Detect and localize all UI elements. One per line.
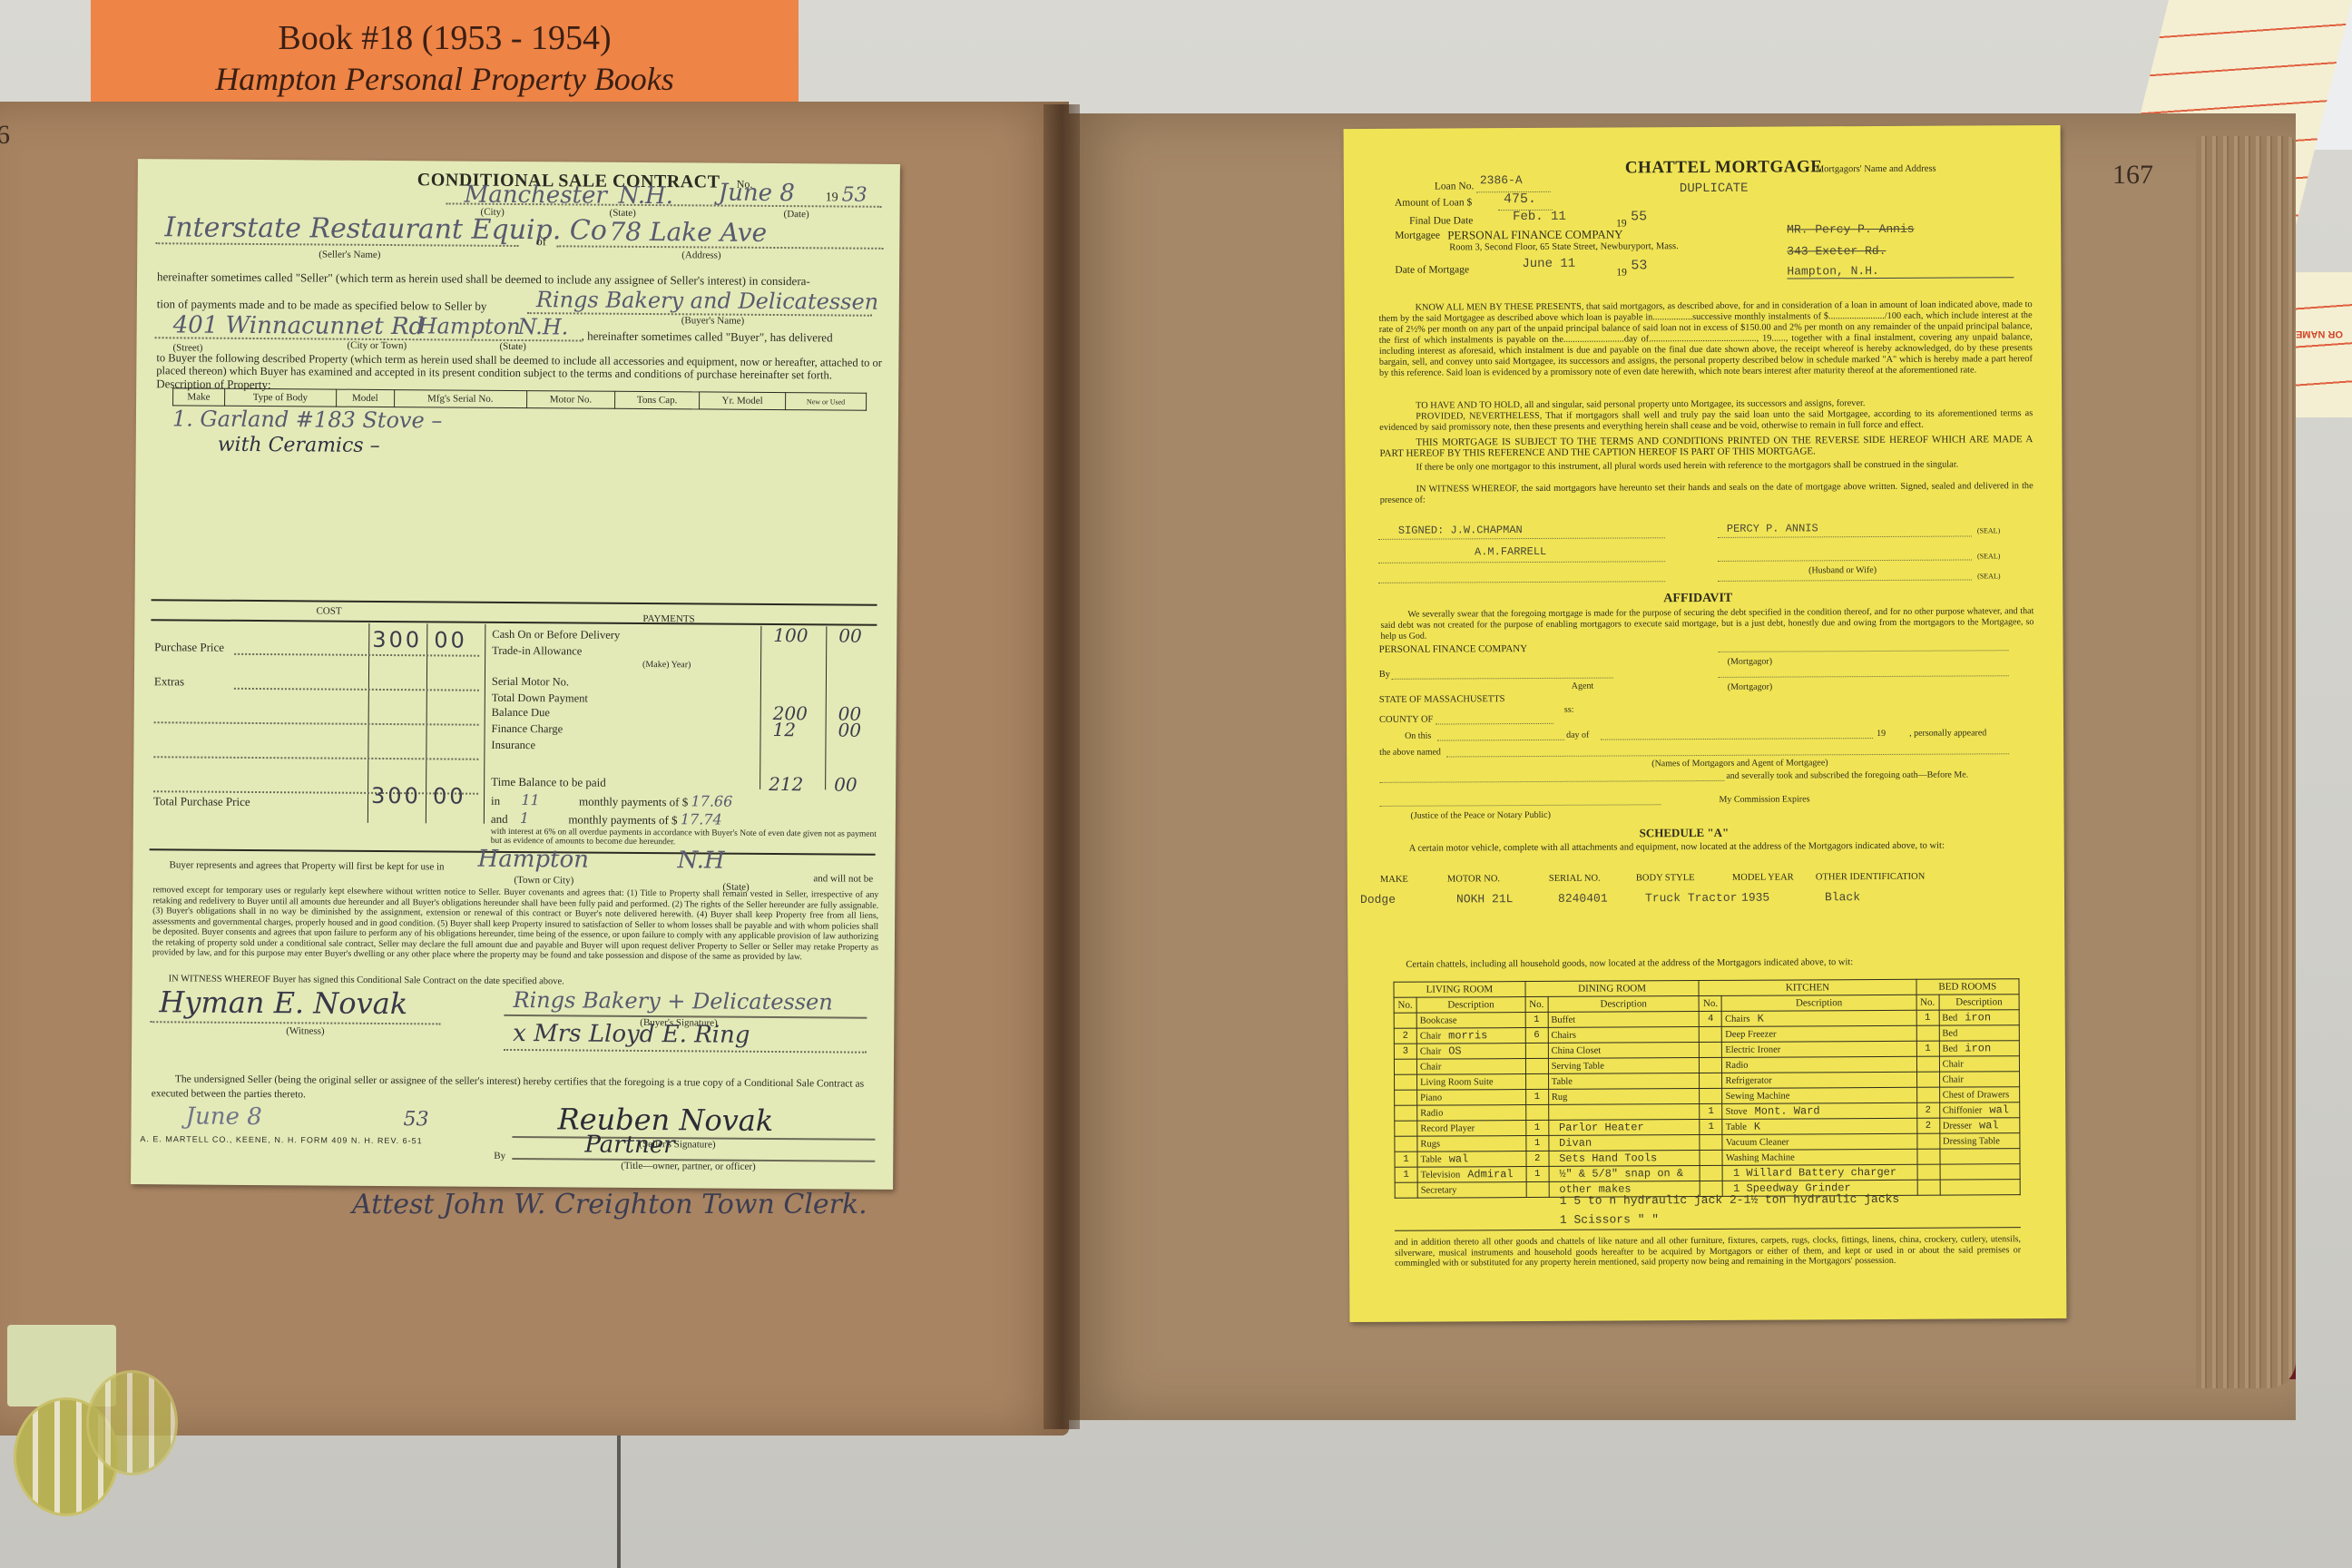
day-of-label: day of (1566, 730, 1589, 740)
item-count: 1 (1395, 1151, 1417, 1167)
col-no-header: No. (1525, 996, 1548, 1012)
final-due-label: Final Due Date (1409, 215, 1473, 226)
commission-label: My Commission Expires (1719, 794, 1809, 805)
above-named-label: the above named (1379, 748, 1441, 758)
mortgagor-town: Hampton, N.H. (1787, 263, 2014, 279)
item-count: 2 (1394, 1028, 1416, 1044)
buyer-town: Hampton (418, 313, 521, 339)
item-count (1395, 1074, 1417, 1090)
item-count: 1 (1700, 1119, 1722, 1134)
in-label: in (491, 794, 500, 808)
item-typed-detail: morris (1448, 1029, 1487, 1042)
item-label: Refrigerator (1725, 1075, 1771, 1085)
payment-row-label: Total Down Payment (492, 691, 588, 706)
time-balance-cents: 00 (834, 773, 857, 795)
payment-row-cents: 00 (838, 624, 862, 646)
cost-row-line (234, 688, 479, 691)
not-be-label: and will not be (813, 871, 873, 886)
property-col-header: New or Used (785, 393, 866, 411)
item-label: Table (1420, 1155, 1441, 1165)
item-count (1916, 1072, 1939, 1087)
item-description: Buffet (1548, 1012, 1700, 1028)
item-count (1916, 1056, 1939, 1072)
affidavit-title: AFFIDAVIT (1663, 592, 1732, 606)
item-count (1395, 1121, 1417, 1136)
seller-certification: The undersigned Seller (being the origin… (152, 1072, 877, 1106)
monthly-label-2: monthly payments of $ (568, 812, 677, 827)
item-typed-detail: 1 Willard Battery charger (1733, 1166, 1896, 1180)
mortgage-date-label: Date of Mortgage (1395, 264, 1469, 275)
item-label: Table (1552, 1076, 1573, 1086)
seller-address: 78 Lake Ave (609, 217, 767, 248)
caption-witness: (Witness) (286, 1025, 324, 1036)
item-typed-detail: K (1754, 1121, 1760, 1133)
item-count (1525, 1104, 1548, 1120)
item-count (1700, 1165, 1722, 1181)
seal-2: (SEAL) (1977, 552, 2000, 560)
on-this-label: On this (1405, 731, 1431, 741)
payment-row-cents: 00 (838, 719, 861, 740)
vehicle-value: Dodge (1360, 893, 1396, 906)
provided-clause: PROVIDED, NEVERTHELESS, That if mortgago… (1379, 408, 2033, 434)
vehicle-header: MOTOR NO. (1447, 874, 1500, 884)
book-number: Book #18 (1953 - 1954) (91, 18, 799, 58)
chattels-clause: Certain chattels, including all househol… (1406, 957, 1853, 970)
item-count (1526, 1181, 1549, 1197)
item-count (1917, 1149, 1940, 1164)
day-line (1437, 740, 1564, 741)
item-description: Chairmorris (1416, 1028, 1525, 1044)
time-balance-dollars: 212 (769, 773, 803, 795)
item-count (1700, 1134, 1722, 1150)
signer-3-line (1718, 579, 1972, 581)
property-line-1: 1. Garland #183 Stove – (172, 406, 443, 433)
loan-number: 2386-A (1480, 173, 1523, 187)
item-description: Washing Machine (1722, 1149, 1916, 1165)
item-description: Radio (1722, 1056, 1916, 1073)
payment-row-dollars: 100 (773, 624, 808, 646)
agent-line (1392, 678, 1613, 680)
item-description: ChairOS (1416, 1044, 1525, 1060)
mortgagor-street: 343 Exeter Rd. (1787, 244, 1886, 259)
item-count: 2 (1916, 1118, 1939, 1133)
personally-appeared: , personally appeared (1909, 728, 1986, 738)
vehicle-header: MODEL YEAR (1732, 872, 1794, 882)
buyer-signature-1: Rings Bakery + Delicatessen (513, 987, 832, 1014)
item-description: Bediron (1939, 1010, 2019, 1025)
item-count: 2 (1526, 1151, 1549, 1166)
caption-state-2: (State) (499, 341, 525, 352)
contract-terms: removed except for temporary uses or reg… (152, 885, 879, 963)
item-typed-detail: Mont. Ward (1755, 1104, 1820, 1117)
item-description: Piano (1417, 1090, 1526, 1106)
right-page-number: 167 (2112, 160, 2153, 191)
mortgagor-caption-1: (Mortgagor) (1728, 657, 1772, 667)
final-due-year: 55 (1631, 209, 1647, 224)
book-series-title: Hampton Personal Property Books (91, 60, 799, 98)
vehicle-clause: A certain motor vehicle, complete with a… (1382, 840, 2035, 855)
room-header: DINING ROOM (1525, 981, 1700, 997)
form-printer-info: A. E. MARTELL CO., KEENE, N. H. FORM 409… (140, 1134, 422, 1145)
ss-label: ss: (1564, 705, 1574, 715)
payment-row-label: Balance Due (492, 706, 550, 720)
item-count: 2 (1916, 1102, 1939, 1118)
use-state: N.H (677, 847, 724, 874)
item-label: Bed (1942, 1044, 1957, 1054)
month-line (1601, 738, 1873, 740)
item-count (1525, 1058, 1548, 1073)
of-label: of (536, 234, 546, 249)
year-prefix: 19 (826, 191, 838, 205)
item-label: Chair (1943, 1059, 1964, 1069)
vehicle-value: 8240401 (1558, 892, 1608, 906)
certification-year: 53 (403, 1108, 428, 1131)
item-typed-detail: Divan (1559, 1137, 1592, 1150)
item-label: Buffet (1551, 1014, 1575, 1024)
schedule-extra-line-1: 1 5 to n hydraulic jack 2-1½ ton hydraul… (1560, 1192, 1900, 1208)
item-description: Chair (1939, 1072, 2019, 1087)
item-description: Sets Hand Tools (1549, 1151, 1700, 1167)
justice-caption: (Justice of the Peace or Notary Public) (1410, 810, 1550, 821)
item-description (1940, 1180, 2020, 1195)
item-count (1395, 1105, 1417, 1121)
payment-row-dollars: 12 (772, 719, 796, 740)
col-no-header: No. (1916, 995, 1939, 1010)
caption-title: (Title—owner, partner, or officer) (621, 1161, 756, 1172)
contract-year: 53 (842, 183, 867, 206)
item-description: Chairs (1548, 1027, 1700, 1044)
buyer-state: N.H. (518, 314, 569, 339)
property-col-header: Model (336, 389, 394, 407)
item-description: Divan (1549, 1135, 1700, 1151)
cost-rule-top (152, 599, 877, 606)
severally-took: and severally took and subscribed the fo… (1726, 769, 1968, 780)
cost-rule-2 (151, 619, 877, 626)
household-goods-table: LIVING ROOMDINING ROOMKITCHENBED ROOMSNo… (1393, 978, 2020, 1199)
kept-for-use-clause: Buyer represents and agrees that Propert… (169, 857, 444, 874)
cost-row-label: Extras (154, 674, 184, 689)
payment-row-label: Finance Charge (492, 722, 563, 737)
item-typed-detail: wal (1979, 1119, 1999, 1132)
item-label: Dresser (1943, 1121, 1972, 1131)
item-description: Bed (1939, 1025, 2019, 1041)
col-description-header: Description (1416, 997, 1525, 1014)
room-header: KITCHEN (1699, 979, 1916, 995)
town-clerk-attestation: Attest John W. Creighton Town Clerk. (352, 1189, 867, 1220)
room-header: BED ROOMS (1916, 979, 2019, 995)
mortgagor-line-1 (1719, 650, 2009, 652)
property-line-2: with Ceramics – (218, 434, 380, 457)
item-description (1940, 1149, 2020, 1164)
item-description: Vacuum Cleaner (1722, 1133, 1916, 1150)
mortgagee-label: Mortgagee (1395, 230, 1440, 241)
item-typed-detail: Parlor Heater (1559, 1121, 1644, 1133)
item-label: Deep Freezer (1725, 1029, 1776, 1039)
item-count: 1 (1525, 1089, 1548, 1104)
item-label: Chest of Drawers (1943, 1090, 2010, 1100)
item-label: Piano (1420, 1093, 1442, 1102)
item-typed-detail: OS (1448, 1044, 1461, 1057)
col-description-header: Description (1939, 995, 2019, 1010)
item-typed-detail: Sets Hand Tools (1559, 1151, 1657, 1165)
total-purchase-label: Total Purchase Price (153, 794, 250, 809)
col-no-header: No. (1394, 997, 1416, 1013)
property-col-header: Motor No. (526, 391, 614, 409)
monthly-label: monthly payments of $ (579, 794, 688, 808)
mortgage-year-prefix: 19 (1616, 267, 1627, 278)
schedule-extra-line-2: 1 Scissors " " (1560, 1212, 1659, 1227)
item-description: Bookcase (1416, 1013, 1525, 1029)
item-count (1700, 1073, 1722, 1088)
loan-no-label: Loan No. (1435, 181, 1474, 191)
item-description: Chiffonierwal (1939, 1102, 2019, 1118)
vehicle-header: OTHER IDENTIFICATION (1816, 872, 1926, 883)
cost-row-line (154, 721, 479, 725)
item-description: Chair (1939, 1056, 2019, 1072)
item-count (1700, 1026, 1722, 1042)
husband-wife-caption: (Husband or Wife) (1808, 565, 1877, 575)
item-label: Chair (1420, 1062, 1441, 1072)
cost-row-label: Purchase Price (154, 640, 224, 655)
state-label: STATE OF MASSACHUSETTS (1379, 694, 1505, 705)
mortgage-subtitle: DUPLICATE (1680, 181, 1749, 196)
mortgagor-name: MR. Percy P. Annis (1787, 222, 1915, 237)
certification-date: June 8 (185, 1102, 261, 1131)
property-col-header: Yr. Model (700, 392, 786, 410)
item-label: Bed (1942, 1028, 1957, 1038)
total-purchase-dollars: 300 (371, 783, 421, 808)
book-gutter (1044, 104, 1080, 1429)
item-description: Record Player (1417, 1121, 1526, 1137)
item-description: Table (1548, 1073, 1700, 1090)
item-count: 1 (1526, 1135, 1549, 1151)
affidavit-by-label: By (1379, 670, 1390, 680)
item-count: 4 (1700, 1011, 1722, 1026)
payment-row-label: Serial Motor No. (492, 675, 569, 690)
item-label: Radio (1420, 1108, 1443, 1118)
property-col-header: Make (173, 388, 225, 406)
contract-date: June 8 (719, 180, 795, 208)
witness-3-line (1378, 581, 1665, 583)
payment-row-label: (Make) Year) (642, 660, 691, 670)
item-description: StoveMont. Ward (1722, 1102, 1916, 1119)
caption-address: (Address) (681, 250, 720, 260)
item-description: Chair (1416, 1059, 1525, 1075)
table-seam (617, 1416, 621, 1568)
affidavit-company: PERSONAL FINANCE COMPANY (1379, 643, 1528, 655)
property-col-header: Mfg's Serial No. (394, 390, 526, 408)
item-description: Dressing Table (1939, 1133, 2019, 1149)
item-label: Vacuum Cleaner (1726, 1137, 1789, 1147)
item-count: 1 (1916, 1010, 1939, 1025)
item-label: Chair (1420, 1047, 1441, 1057)
item-count (1916, 1087, 1939, 1102)
property-col-header: Type of Body (224, 388, 336, 407)
item-description: Living Room Suite (1417, 1074, 1526, 1091)
by-label: By (494, 1149, 505, 1163)
schedule-a-title: SCHEDULE "A" (1640, 826, 1730, 841)
left-page-number: 6 (0, 120, 10, 151)
pay-col-line-2 (825, 626, 827, 789)
item-description: TableK (1722, 1118, 1916, 1134)
caption-buyer-name: (Buyer's Name) (681, 315, 745, 326)
know-all-men-clause: KNOW ALL MEN BY THESE PRESENTS, that sai… (1379, 299, 2033, 379)
names-caption: (Names of Mortgagors and Agent of Mortga… (1651, 758, 1828, 769)
item-count: 6 (1525, 1027, 1548, 1043)
item-label: Television (1421, 1170, 1461, 1180)
item-description: ½" & 5/8" snap on & (1549, 1166, 1700, 1182)
mortgagee-address: Room 3, Second Floor, 65 State Street, N… (1449, 241, 1678, 252)
item-description: China Closet (1548, 1043, 1700, 1059)
item-label: Radio (1725, 1060, 1748, 1070)
col-description-header: Description (1721, 995, 1916, 1011)
seller-title: Partner (584, 1132, 674, 1160)
item-description: Rugs (1417, 1136, 1526, 1152)
vehicle-value: NOKH 21L (1456, 892, 1513, 906)
page-edges (2196, 136, 2296, 1388)
item-label: Chairs (1725, 1014, 1749, 1024)
item-typed-detail: iron (1965, 1042, 1991, 1054)
county-line (1436, 723, 1553, 725)
item-description: Refrigerator (1722, 1072, 1916, 1088)
item-count: 3 (1394, 1044, 1416, 1059)
item-description: Rug (1548, 1089, 1700, 1105)
schedule-bottom-rule (1395, 1227, 2021, 1231)
cost-row-line (153, 756, 478, 759)
witness-signature: Hyman E. Novak (159, 985, 407, 1021)
item-count (1916, 1025, 1939, 1041)
amount-label: Amount of Loan $ (1395, 197, 1472, 208)
witness-2-line (1378, 561, 1665, 563)
item-count (1700, 1088, 1722, 1103)
item-description: Radio (1417, 1105, 1526, 1122)
installment-amount: 17.66 (691, 792, 732, 809)
county-label: COUNTY OF (1379, 715, 1433, 725)
item-description: Dresserwal (1939, 1118, 2019, 1133)
caption-city-town: (City or Town) (347, 340, 407, 351)
vehicle-value: Truck Tractor (1645, 891, 1737, 906)
item-typed-detail: ½" & 5/8" snap on & (1559, 1167, 1683, 1181)
item-description: TelevisionAdmiral (1417, 1167, 1526, 1183)
book-label-card: Book #18 (1953 - 1954) Hampton Personal … (91, 0, 799, 102)
mortgagee-name: PERSONAL FINANCE COMPANY (1447, 227, 1622, 242)
contract-state: N.H. (619, 182, 674, 210)
item-count (1525, 1043, 1548, 1058)
vehicle-value: Black (1825, 890, 1860, 904)
item-label: Table (1726, 1122, 1747, 1132)
item-description: Serving Table (1548, 1058, 1700, 1074)
cost-col-line-3 (484, 624, 486, 824)
item-count (1395, 1090, 1417, 1105)
clip-ornament-back (86, 1370, 178, 1475)
room-header: LIVING ROOM (1394, 982, 1525, 998)
item-count: 1 (1395, 1167, 1417, 1182)
item-label: Sewing Machine (1726, 1091, 1790, 1101)
payment-row-label: Cash On or Before Delivery (492, 628, 620, 642)
vehicle-header: MAKE (1380, 875, 1408, 885)
item-label: Record Player (1420, 1123, 1475, 1133)
nineteen-label: 19 (1877, 729, 1886, 739)
item-count: 1 (1916, 1041, 1939, 1056)
affidavit-text: We severally swear that the foregoing mo… (1380, 606, 2033, 642)
item-typed-detail: Admiral (1467, 1168, 1513, 1181)
agent-label: Agent (1572, 681, 1594, 691)
item-count (1394, 1059, 1416, 1074)
payment-row-label: Insurance (491, 739, 535, 752)
item-count (1525, 1073, 1548, 1089)
item-label: Chiffonier (1943, 1105, 1983, 1115)
buyer-name: Rings Bakery and Delicatessen (536, 287, 878, 315)
item-typed-detail: K (1758, 1013, 1764, 1025)
item-description: Parlor Heater (1548, 1120, 1700, 1136)
time-balance-label: Time Balance to be paid (491, 775, 606, 790)
pay-col-line-1 (759, 626, 761, 789)
conditional-sale-contract: CONDITIONAL SALE CONTRACT No. Manchester… (131, 159, 900, 1190)
item-description: Deep Freezer (1722, 1025, 1916, 1042)
seller-clause: hereinafter sometimes called "Seller" (w… (157, 269, 892, 289)
item-label: Electric Ironer (1725, 1044, 1780, 1054)
item-description: Sewing Machine (1722, 1087, 1916, 1103)
item-label: Bed (1942, 1014, 1957, 1024)
subject-clause: THIS MORTGAGE IS SUBJECT TO THE TERMS AN… (1379, 434, 2033, 459)
item-label: Rugs (1420, 1139, 1440, 1149)
item-label: Washing Machine (1726, 1152, 1795, 1162)
item-label: Bookcase (1420, 1015, 1457, 1025)
total-purchase-cents: 00 (433, 783, 466, 808)
item-count (1700, 1057, 1722, 1073)
loan-amount: 475. (1504, 191, 1536, 207)
witness-1: SIGNED: J.W.CHAPMAN (1398, 524, 1523, 537)
names-line (1446, 753, 2009, 757)
vehicle-header: BODY STYLE (1636, 873, 1695, 883)
item-label: Dressing Table (1943, 1136, 2000, 1146)
cost-row-dollars: 300 (372, 627, 422, 652)
item-count (1700, 1150, 1722, 1165)
item-label: Chairs (1551, 1030, 1575, 1040)
vehicle-header: SERIAL NO. (1549, 874, 1601, 884)
seal-3: (SEAL) (1977, 572, 2000, 580)
buyer-clause: , hereinafter sometimes called "Buyer", … (582, 328, 833, 345)
caption-town-city: (Town or City) (514, 875, 573, 886)
installments-count: 11 (521, 791, 539, 808)
cost-header: COST (316, 603, 341, 618)
item-typed-detail: wal (1449, 1152, 1469, 1165)
item-count (1917, 1164, 1940, 1180)
item-description: Chest of Drawers (1939, 1087, 2019, 1102)
mortgage-date: June 11 (1522, 257, 1575, 271)
vehicle-value: 1935 (1741, 891, 1769, 905)
mortgagor-line-2 (1719, 675, 2009, 678)
payment-row-label: Trade-in Allowance (492, 644, 582, 659)
item-label: Secretary (1421, 1185, 1457, 1195)
item-label: Chair (1943, 1074, 1964, 1084)
item-description: Bediron (1939, 1041, 2019, 1056)
final-due-date: Feb. 11 (1513, 210, 1566, 224)
item-count (1700, 1042, 1722, 1057)
item-label: Rug (1552, 1092, 1568, 1102)
item-count (1917, 1180, 1940, 1195)
item-count: 1 (1526, 1166, 1549, 1181)
item-typed-detail: iron (1965, 1011, 1991, 1024)
witness-clause: IN WITNESS WHEREOF, the said mortgagors … (1380, 481, 2033, 506)
item-description: Electric Ironer (1722, 1041, 1916, 1057)
item-count (1394, 1013, 1416, 1028)
item-typed-detail: wal (1989, 1103, 2009, 1116)
item-label: Stove (1726, 1107, 1748, 1117)
mortgagor-caption-2: (Mortgagor) (1728, 682, 1772, 692)
final-amount: 17.74 (681, 810, 722, 828)
item-description: Tablewal (1417, 1151, 1526, 1168)
